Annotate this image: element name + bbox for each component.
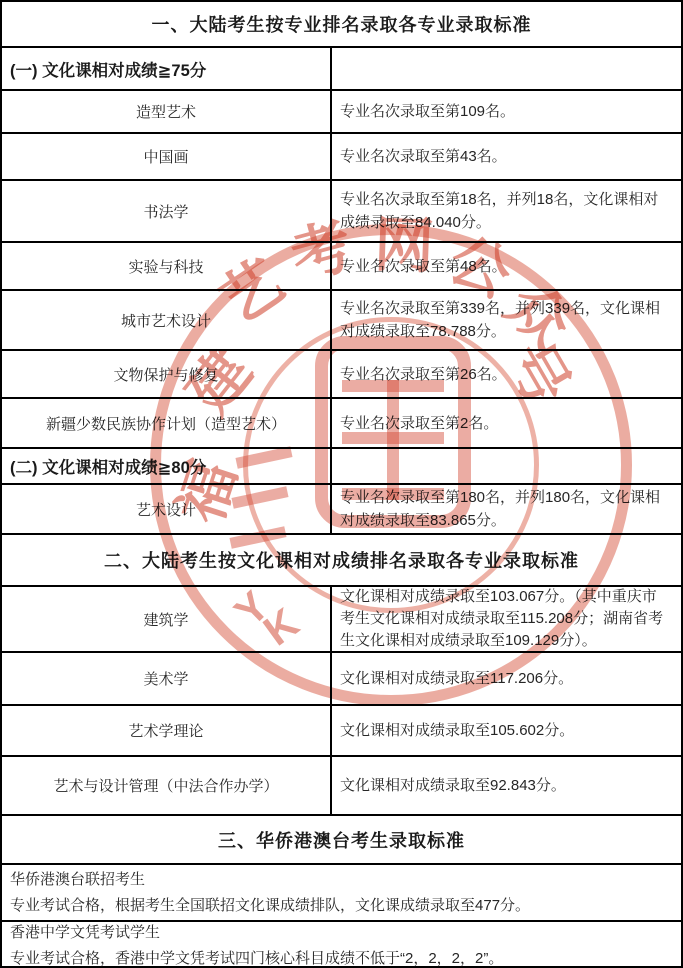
student-category: 华侨港澳台联招考生 — [10, 867, 673, 893]
major-name: 城市艺术设计 — [2, 291, 330, 349]
admission-criteria: 文化课相对成绩录取至92.843分。 — [330, 757, 681, 814]
admission-criteria: 专业名次录取至第48名。 — [330, 243, 681, 289]
table-row: 艺术设计 专业名次录取至第180名，并列180名，文化课相对成绩录取至83.86… — [2, 483, 681, 533]
major-name: 造型艺术 — [2, 91, 330, 132]
table-row: 华侨港澳台联招考生 专业考试合格，根据考生全国联招文化课成绩排队，文化课成绩录取… — [2, 863, 681, 920]
admission-criteria: 文化课相对成绩录取至103.067分。（其中重庆市考生文化课相对成绩录取至115… — [330, 587, 681, 651]
table-row: 城市艺术设计 专业名次录取至第339名，并列339名，文化课相对成绩录取至78.… — [2, 289, 681, 349]
admission-criteria: 专业名次录取至第26名。 — [330, 351, 681, 397]
table-row: 书法学 专业名次录取至第18名，并列18名，文化课相对成绩录取至84.040分。 — [2, 179, 681, 241]
major-name: 艺术学理论 — [2, 706, 330, 755]
admission-criteria: 文化课相对成绩录取至117.206分。 — [330, 653, 681, 704]
major-name: 实验与科技 — [2, 243, 330, 289]
section-title-text: 一、大陆考生按专业排名录取各专业录取标准 — [152, 11, 532, 37]
major-name: 文物保护与修复 — [2, 351, 330, 397]
admission-criteria: 专业名次录取至第339名，并列339名，文化课相对成绩录取至78.788分。 — [330, 291, 681, 349]
student-category: 香港中学文凭考试学生 — [10, 920, 673, 946]
admission-criteria: 文化课相对成绩录取至105.602分。 — [330, 706, 681, 755]
admission-criteria: 专业名次录取至第43名。 — [330, 134, 681, 179]
admission-criteria: 专业考试合格，香港中学文凭考试四门核心科目成绩不低于“2，2，2，2”。 — [10, 946, 673, 968]
section-title-mainland-by-major-rank: 一、大陆考生按专业排名录取各专业录取标准 — [2, 2, 681, 46]
table-row: 中国画 专业名次录取至第43名。 — [2, 132, 681, 179]
admission-standards-document: 一、大陆考生按专业排名录取各专业录取标准 (一) 文化课相对成绩≧75分 造型艺… — [0, 0, 683, 968]
table-row: 新疆少数民族协作计划（造型艺术） 专业名次录取至第2名。 — [2, 397, 681, 447]
admission-criteria: 专业名次录取至第2名。 — [330, 399, 681, 447]
major-name: 建筑学 — [2, 587, 330, 651]
empty-cell — [330, 449, 681, 483]
section-title-text: 二、大陆考生按文化课相对成绩排名录取各专业录取标准 — [104, 547, 579, 573]
major-name: 书法学 — [2, 181, 330, 241]
admission-criteria: 专业名次录取至第18名，并列18名，文化课相对成绩录取至84.040分。 — [330, 181, 681, 241]
major-name: 艺术设计 — [2, 485, 330, 533]
admission-criteria: 专业名次录取至第109名。 — [330, 91, 681, 132]
table-row: 艺术学理论 文化课相对成绩录取至105.602分。 — [2, 704, 681, 755]
group-header-label: (二) 文化课相对成绩≧80分 — [2, 449, 330, 483]
section-title-text: 三、华侨港澳台考生录取标准 — [218, 827, 465, 853]
section-title-mainland-by-culture-score: 二、大陆考生按文化课相对成绩排名录取各专业录取标准 — [2, 533, 681, 585]
admission-criteria: 专业考试合格，根据考生全国联招文化课成绩排队，文化课成绩录取至477分。 — [10, 893, 673, 919]
group-header-culture-75: (一) 文化课相对成绩≧75分 — [2, 46, 681, 89]
table-row: 造型艺术 专业名次录取至第109名。 — [2, 89, 681, 132]
group-header-label: (一) 文化课相对成绩≧75分 — [2, 48, 330, 89]
major-name: 艺术与设计管理（中法合作办学） — [2, 757, 330, 814]
section-title-hmt-students: 三、华侨港澳台考生录取标准 — [2, 814, 681, 863]
admission-standards-table: 一、大陆考生按专业排名录取各专业录取标准 (一) 文化课相对成绩≧75分 造型艺… — [0, 0, 683, 968]
table-row: 文物保护与修复 专业名次录取至第26名。 — [2, 349, 681, 397]
group-header-culture-80: (二) 文化课相对成绩≧80分 — [2, 447, 681, 483]
table-row: 实验与科技 专业名次录取至第48名。 — [2, 241, 681, 289]
table-row: 艺术与设计管理（中法合作办学） 文化课相对成绩录取至92.843分。 — [2, 755, 681, 814]
major-name: 新疆少数民族协作计划（造型艺术） — [2, 399, 330, 447]
table-row: 建筑学 文化课相对成绩录取至103.067分。（其中重庆市考生文化课相对成绩录取… — [2, 585, 681, 651]
major-name: 中国画 — [2, 134, 330, 179]
major-name: 美术学 — [2, 653, 330, 704]
empty-cell — [330, 48, 681, 89]
table-row: 香港中学文凭考试学生 专业考试合格，香港中学文凭考试四门核心科目成绩不低于“2，… — [2, 920, 681, 968]
table-row: 美术学 文化课相对成绩录取至117.206分。 — [2, 651, 681, 704]
admission-criteria: 专业名次录取至第180名，并列180名，文化课相对成绩录取至83.865分。 — [330, 485, 681, 533]
